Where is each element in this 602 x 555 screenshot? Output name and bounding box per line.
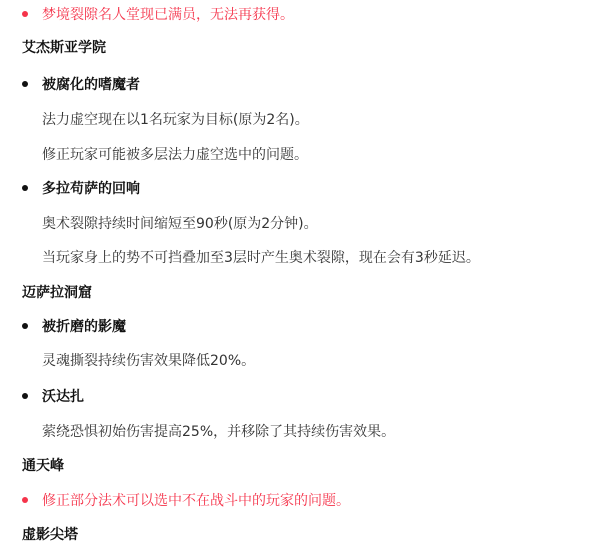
change-note: 奥术裂隙持续时间缩短至90秒(原为2分钟)。 (42, 214, 318, 234)
boss-item-crawth: 被腐化的嗜魔者 (22, 75, 140, 95)
boss-name: 沃达扎 (42, 389, 84, 405)
notice-text: 修正部分法术可以选中不在战斗中的玩家的问题。 (42, 493, 350, 509)
section-heading-vortex-pinnacle: 通天峰 (22, 456, 64, 476)
change-note: 萦绕恐惧初始伤害提高25%，并移除了其持续伤害效果。 (42, 422, 395, 442)
section-heading-mazthra-caverns: 迈萨拉洞窟 (22, 283, 92, 303)
boss-name: 被折磨的影魔 (42, 319, 126, 335)
boss-name: 被腐化的嗜魔者 (42, 77, 140, 93)
notice-bullet-hall-of-fame: 梦境裂隙名人堂现已满员，无法再获得。 (22, 5, 294, 25)
boss-item-vordaza: 沃达扎 (22, 387, 84, 407)
bullet-icon (22, 81, 28, 87)
bullet-icon (22, 185, 28, 191)
notice-bullet-vortex-fix: 修正部分法术可以选中不在战斗中的玩家的问题。 (22, 491, 350, 511)
bullet-icon (22, 393, 28, 399)
boss-item-tormented-shadowlord: 被折磨的影魔 (22, 317, 126, 337)
patch-notes-document: 梦境裂隙名人堂现已满员，无法再获得。 艾杰斯亚学院 被腐化的嗜魔者 法力虚空现在… (0, 0, 602, 555)
boss-name: 多拉苟萨的回响 (42, 181, 140, 197)
bullet-icon (22, 323, 28, 329)
change-note: 法力虚空现在以1名玩家为目标(原为2名)。 (42, 110, 309, 130)
change-note: 修正玩家可能被多层法力虚空选中的问题。 (42, 145, 308, 165)
bullet-icon (22, 497, 28, 503)
bullet-icon (22, 11, 28, 17)
boss-item-echo-of-doragosa: 多拉苟萨的回响 (22, 179, 140, 199)
section-heading-algethar-academy: 艾杰斯亚学院 (22, 38, 106, 58)
change-note: 灵魂撕裂持续伤害效果降低20%。 (42, 351, 255, 371)
section-heading-shadow-spire: 虚影尖塔 (22, 525, 78, 545)
change-note: 当玩家身上的势不可挡叠加至3层时产生奥术裂隙，现在会有3秒延迟。 (42, 248, 480, 268)
notice-text: 梦境裂隙名人堂现已满员，无法再获得。 (42, 7, 294, 23)
